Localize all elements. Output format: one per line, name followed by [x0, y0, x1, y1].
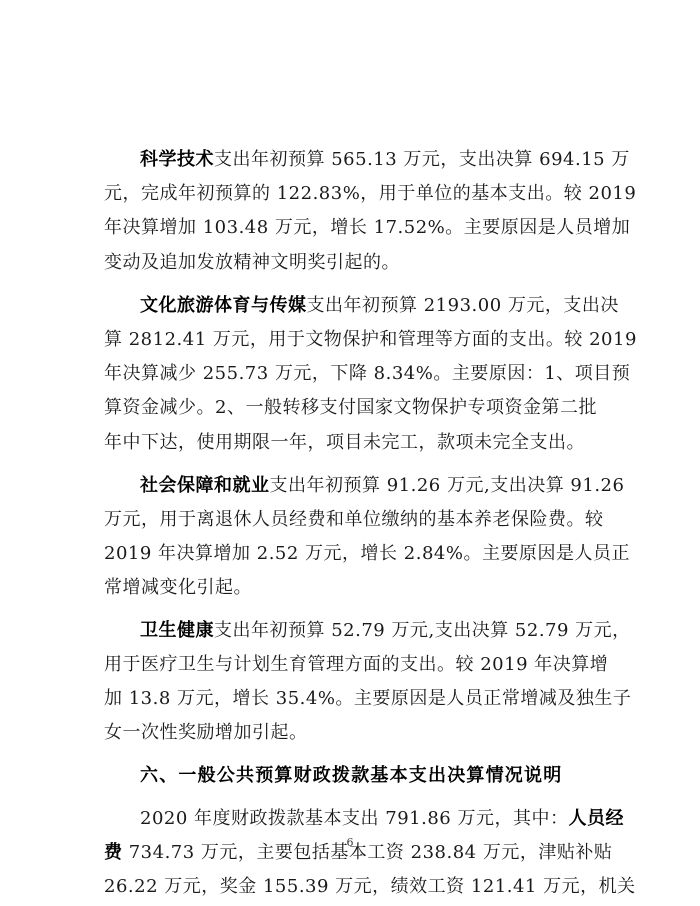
text-span: 支出年初预算 565.13 万元，支出决算 694.15 万	[214, 149, 630, 170]
paragraph-science-line-1: 科学技术支出年初预算 565.13 万元，支出决算 694.15 万	[140, 148, 597, 172]
paragraph-science-line-2: 元，完成年初预算的 122.83%，用于单位的基本支出。较 2019	[104, 182, 597, 206]
text-span: 2020 年度财政拨款基本支出 791.86 万元，其中：	[140, 808, 568, 829]
paragraph-social-security-line-2: 万元，用于离退休人员经费和单位缴纳的基本养老保险费。较	[104, 508, 597, 532]
page-number: 6	[340, 836, 360, 849]
document-page: 科学技术支出年初预算 565.13 万元，支出决算 694.15 万 元，完成年…	[0, 0, 700, 906]
text-span: 支出年初预算 91.26 万元,支出决算 91.26	[270, 475, 625, 496]
bold-label-health: 卫生健康	[140, 620, 214, 641]
paragraph-health-line-2: 用于医疗卫生与计划生育管理方面的支出。较 2019 年决算增	[104, 653, 597, 677]
text-span: 支出年初预算 52.79 万元,支出决算 52.79 万元，	[214, 620, 631, 641]
bold-label-science: 科学技术	[140, 149, 214, 170]
paragraph-health-line-1: 卫生健康支出年初预算 52.79 万元,支出决算 52.79 万元，	[140, 619, 597, 643]
text-span: 734.73 万元，主要包括基本工资 238.84 万元，津贴补贴	[123, 842, 613, 863]
basic-expenditure-line-3: 26.22 万元，奖金 155.39 万元，绩效工资 121.41 万元，机关	[104, 875, 597, 899]
paragraph-health-line-3: 加 13.8 万元，增长 35.4%。主要原因是人员正常增减及独生子	[104, 687, 597, 711]
bold-label-social-security: 社会保障和就业	[140, 475, 270, 496]
bold-label-culture: 文化旅游体育与传媒	[140, 295, 307, 316]
section-heading: 六、一般公共预算财政拨款基本支出决算情况说明	[140, 763, 597, 789]
paragraph-social-security-line-4: 常增减变化引起。	[104, 576, 597, 600]
text-span: 支出年初预算 2193.00 万元，支出决	[307, 295, 619, 316]
paragraph-culture-line-1: 文化旅游体育与传媒支出年初预算 2193.00 万元，支出决	[140, 294, 597, 318]
paragraph-culture-line-3: 年决算减少 255.73 万元，下降 8.34%。主要原因：1、项目预	[104, 362, 597, 386]
paragraph-social-security-line-3: 2019 年决算增加 2.52 万元，增长 2.84%。主要原因是人员正	[104, 542, 597, 566]
basic-expenditure-line-1: 2020 年度财政拨款基本支出 791.86 万元，其中：人员经	[140, 807, 597, 831]
paragraph-science-line-4: 变动及追加发放精神文明奖引起的。	[104, 251, 597, 275]
paragraph-culture-line-4: 算资金减少。2、一般转移支付国家文物保护专项资金第二批	[104, 396, 597, 420]
paragraph-culture-line-2: 算 2812.41 万元，用于文物保护和管理等方面的支出。较 2019	[104, 328, 597, 352]
paragraph-science-line-3: 年决算增加 103.48 万元，增长 17.52%。主要原因是人员增加	[104, 216, 597, 240]
bold-label-personnel: 人员经	[568, 808, 624, 829]
bold-label-personnel-cont: 费	[104, 842, 123, 863]
paragraph-culture-line-5: 年中下达，使用期限一年，项目未完工，款项未完全支出。	[104, 431, 597, 455]
paragraph-social-security-line-1: 社会保障和就业支出年初预算 91.26 万元,支出决算 91.26	[140, 474, 597, 498]
paragraph-health-line-4: 女一次性奖励增加引起。	[104, 721, 597, 745]
